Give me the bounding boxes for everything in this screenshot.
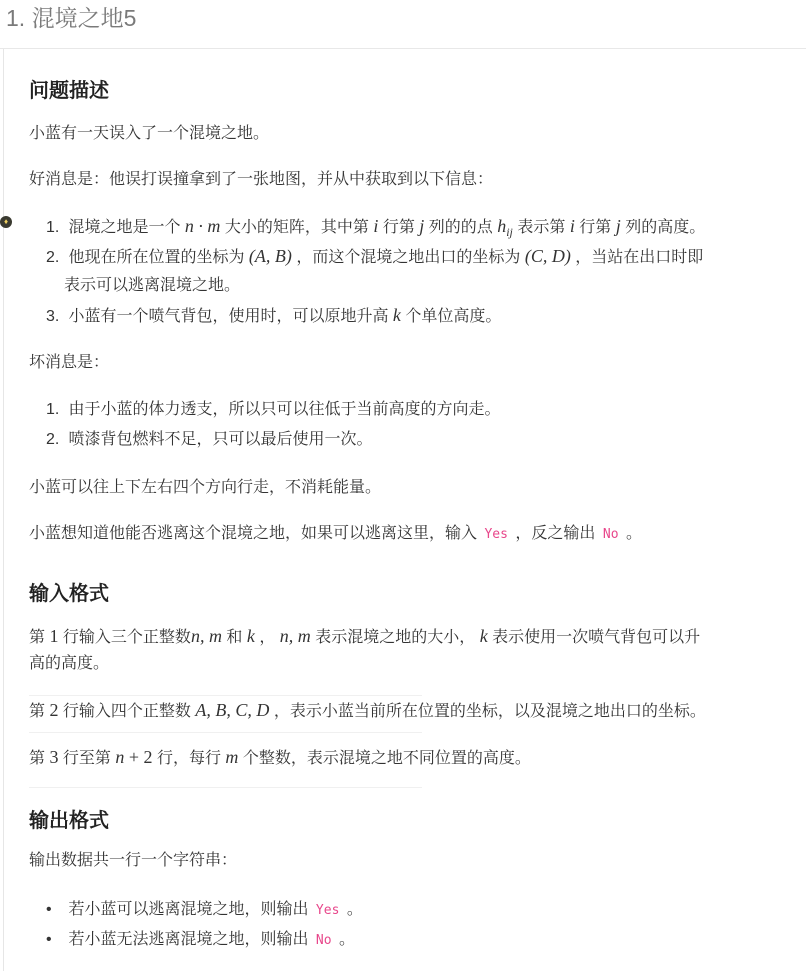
code-yes: Yes	[313, 903, 342, 918]
divider	[29, 787, 422, 788]
bad-item-1: 1. 由于小蓝的体力透支，所以只可以往低于当前高度的方向走。	[46, 396, 500, 423]
output-item-yes: 若小蓝可以逃离混境之地，则输出 Yes 。	[46, 896, 363, 924]
divider	[29, 695, 422, 696]
intro-text: 小蓝有一天误入了一个混境之地。	[29, 120, 269, 147]
input-line-3: 第 3 行至第 n + 2 行，每行 m 个整数，表示混境之地不同位置的高度。	[29, 744, 531, 772]
bullet-icon	[46, 896, 64, 923]
good-item-2-cont: 表示可以逃离混境之地。	[64, 272, 240, 299]
move-text: 小蓝可以往上下左右四个方向行走，不消耗能量。	[29, 474, 381, 501]
code-no: No	[600, 527, 622, 542]
output-intro: 输出数据共一行一个字符串：	[29, 847, 237, 874]
page-title: 1. 混境之地5	[6, 2, 136, 34]
input-line-1: 第 1 行输入三个正整数n, m 和 k ， n, m 表示混境之地的大小， k…	[29, 623, 700, 651]
code-no: No	[313, 933, 335, 948]
bullet-icon	[46, 926, 64, 953]
divider	[29, 732, 422, 733]
side-marker-icon[interactable]: ♦	[0, 216, 12, 228]
input-line-2: 第 2 行输入四个正整数 A, B, C, D ，表示小蓝当前所在位置的坐标，以…	[29, 697, 706, 725]
input-line-1-cont: 高的高度。	[29, 650, 109, 677]
code-yes: Yes	[481, 527, 510, 542]
heading-problem: 问题描述	[29, 74, 109, 103]
ask-text: 小蓝想知道他能否逃离这个混境之地，如果可以逃离这里，输入 Yes ，反之输出 N…	[29, 520, 642, 548]
heading-output: 输出格式	[29, 804, 109, 833]
output-item-no: 若小蓝无法逃离混境之地，则输出 No 。	[46, 926, 355, 954]
bad-news-label: 坏消息是：	[29, 349, 109, 376]
math: n · m	[185, 216, 221, 236]
heading-input: 输入格式	[29, 577, 109, 606]
good-news-label: 好消息是：他误打误撞拿到了一张地图，并从中获取到以下信息：	[29, 166, 493, 193]
problem-panel: ♦ 问题描述 小蓝有一天误入了一个混境之地。 好消息是：他误打误撞拿到了一张地图…	[3, 49, 806, 971]
good-item-1: 1. 混境之地是一个 n · m 大小的矩阵，其中第 i 行第 j 列的的点 h…	[46, 213, 705, 246]
good-item-2: 2. 他现在所在位置的坐标为 (A, B) ，而这个混境之地出口的坐标为 (C,…	[46, 243, 703, 271]
bad-item-2: 2. 喷漆背包燃料不足，只可以最后使用一次。	[46, 426, 372, 453]
good-item-3: 3. 小蓝有一个喷气背包，使用时，可以原地升高 k 个单位高度。	[46, 302, 501, 330]
